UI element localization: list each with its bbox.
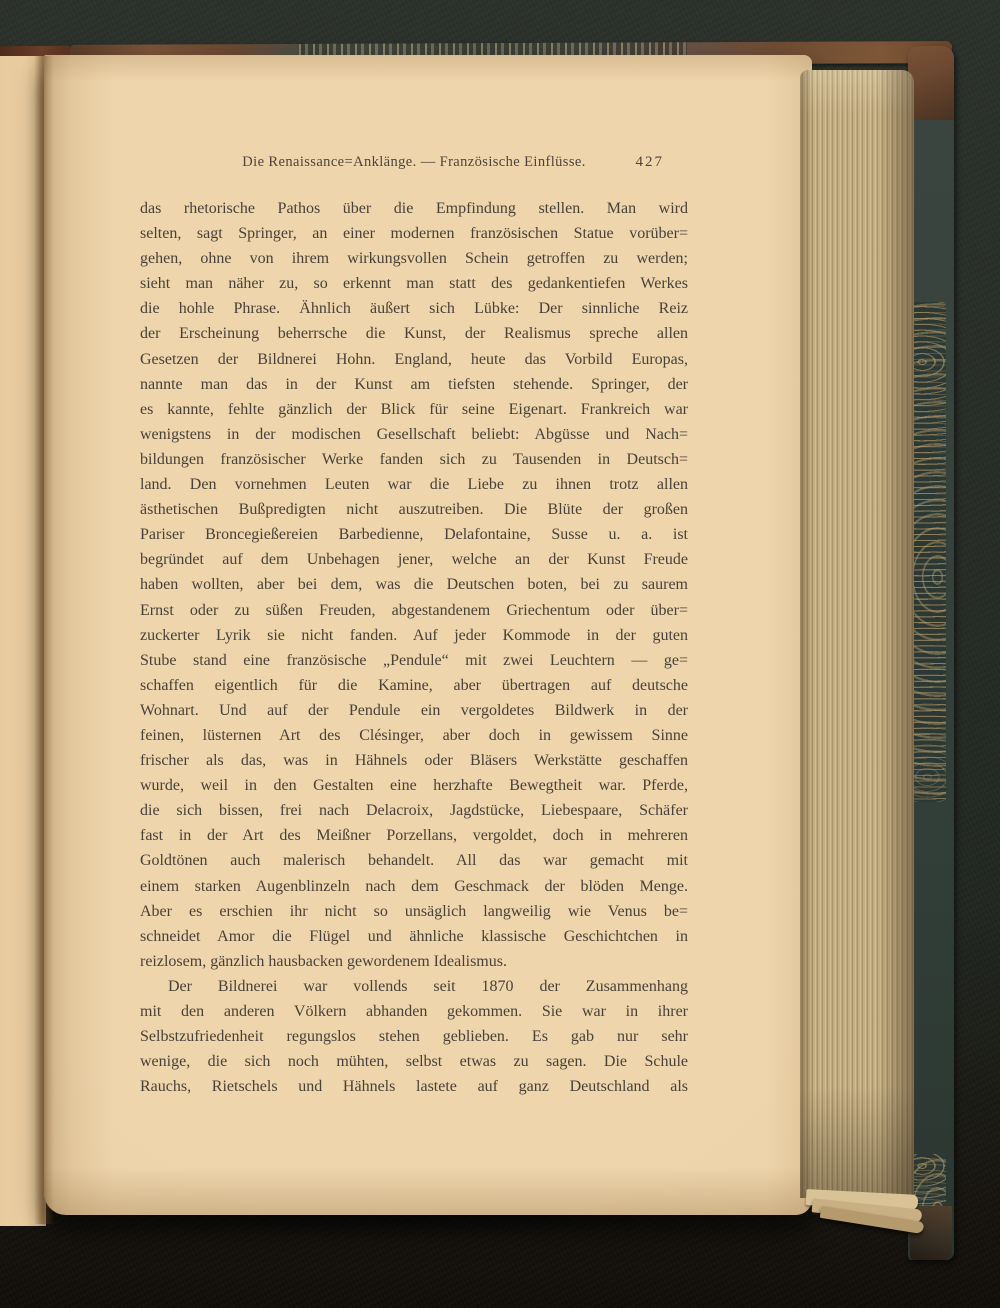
text-line: der Erscheinung beherrsche die Kunst, de…	[140, 321, 688, 346]
text-line: schneidet Amor die Flügel und ähnliche k…	[140, 924, 688, 949]
text-line: haben wollten, aber bei dem, was die Deu…	[140, 572, 688, 597]
text-line: wenigstens in der modischen Gesellschaft…	[140, 422, 688, 447]
text-line: die sich bissen, frei nach Delacroix, Ja…	[140, 798, 688, 823]
text-line: Der Bildnerei war vollends seit 1870 der…	[140, 974, 688, 999]
text-line: ästhetischen Bußpredigten nicht auszutre…	[140, 497, 688, 522]
text-line: gehen, ohne von ihrem wirkungsvollen Sch…	[140, 246, 688, 271]
text-line: schaffen eigentlich für die Kamine, aber…	[140, 673, 688, 698]
text-line: land. Den vornehmen Leuten war die Liebe…	[140, 472, 688, 497]
text-line: sieht man näher zu, so erkennt man statt…	[140, 271, 688, 296]
text-line: fast in der Art des Meißner Porzellans, …	[140, 823, 688, 848]
running-header: Die Renaissance=Anklänge. — Französische…	[140, 154, 688, 178]
gutter-shadow	[34, 56, 54, 1224]
text-line: zuckerter Lyrik sie nicht fanden. Auf je…	[140, 623, 688, 648]
text-line: bildungen französischer Werke fanden sic…	[140, 447, 688, 472]
text-line: selten, sagt Springer, an einer modernen…	[140, 221, 688, 246]
text-line: Rauchs, Rietschels und Hähnels lastete a…	[140, 1074, 688, 1099]
book-cover-edge	[908, 46, 954, 1260]
text-line: nannte man das in der Kunst am tiefsten …	[140, 372, 688, 397]
page-body-text: das rhetorische Pathos über die Empfindu…	[140, 196, 688, 1099]
marbled-cover-pattern	[912, 302, 946, 802]
text-line: Aber es erschien ihr nicht so unsäglich …	[140, 899, 688, 924]
text-line: Pariser Broncegießereien Barbedienne, De…	[140, 522, 688, 547]
text-line: wenige, die sich noch mühten, selbst etw…	[140, 1049, 688, 1074]
text-line: die hohle Phrase. Ähnlich äußert sich Lü…	[140, 296, 688, 321]
text-line: das rhetorische Pathos über die Empfindu…	[140, 196, 688, 221]
header-title: Die Renaissance=Anklänge. — Französische…	[242, 154, 585, 170]
text-line: wurde, weil in den Gestalten eine herzha…	[140, 773, 688, 798]
text-line: Goldtönen auch malerisch behandelt. All …	[140, 848, 688, 873]
text-line: Wohnart. Und auf der Pendule ein vergold…	[140, 698, 688, 723]
text-line: frischer als das, was in Hähnels oder Bl…	[140, 748, 688, 773]
text-line: Ernst oder zu süßen Freuden, abgestanden…	[140, 598, 688, 623]
text-line: begründet auf dem Unbehagen jener, welch…	[140, 547, 688, 572]
text-line: Stube stand eine französische „Pendule“ …	[140, 648, 688, 673]
fore-edge-page-stack	[800, 70, 914, 1198]
text-line: mit den anderen Völkern abhanden gekomme…	[140, 999, 688, 1024]
text-line: Selbstzufriedenheit regungslos stehen ge…	[140, 1024, 688, 1049]
text-line: es kannte, fehlte gänzlich der Blick für…	[140, 397, 688, 422]
page-number: 427	[636, 154, 665, 171]
text-line: einem starken Augenblinzeln nach dem Ges…	[140, 874, 688, 899]
book-page: Die Renaissance=Anklänge. — Französische…	[44, 55, 812, 1215]
text-line: feinen, lüsternen Art des Clésinger, abe…	[140, 723, 688, 748]
text-line: Gesetzen der Bildnerei Hohn. England, he…	[140, 347, 688, 372]
text-line: reizlosem, gänzlich hausbacken gewordene…	[140, 949, 688, 974]
cover-corner-top	[908, 46, 954, 120]
